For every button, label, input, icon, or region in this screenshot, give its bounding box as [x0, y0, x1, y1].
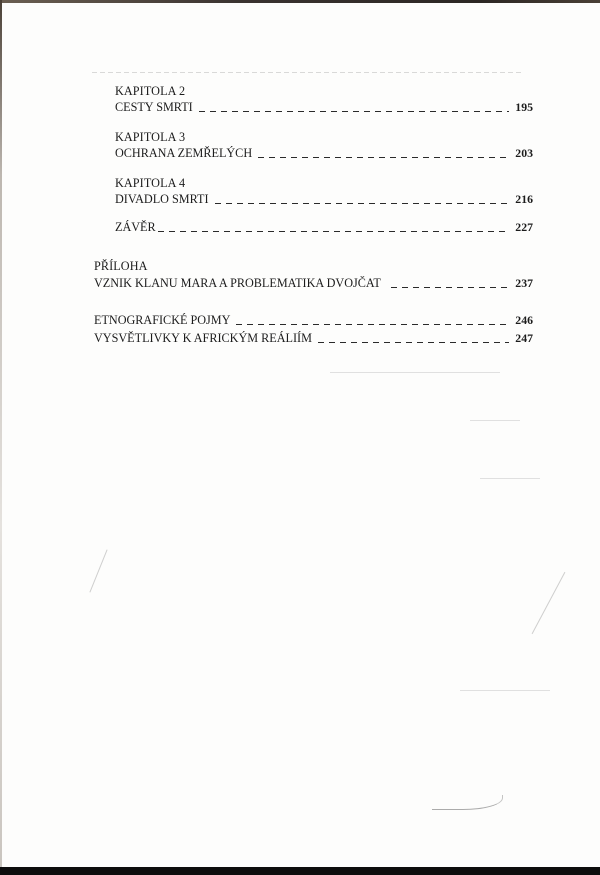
page-top-edge	[0, 0, 600, 3]
toc-entry-title: DIVADLO SMRTI	[115, 192, 209, 207]
scan-artifact-curve	[432, 795, 503, 810]
toc-entry-title: OCHRANA ZEMŘELÝCH	[115, 146, 252, 161]
dotted-leader	[258, 157, 509, 158]
appendix-label: PŘÍLOHA	[94, 259, 148, 274]
chapter-label: KAPITOLA 2	[115, 84, 185, 99]
show-through-mark	[470, 420, 520, 421]
toc-entry-page: 195	[515, 100, 533, 115]
toc-entry-page: 216	[515, 192, 533, 207]
toc-entry[interactable]: ETNOGRAFICKÉ POJMY 246	[94, 313, 533, 329]
toc-entry[interactable]: VYSVĚTLIVKY K AFRICKÝM REÁLIÍM 247	[94, 331, 533, 347]
toc-entry-page: 246	[515, 313, 533, 328]
show-through-text-line	[92, 72, 522, 73]
scan-artifact-stroke	[89, 549, 107, 592]
toc-entry[interactable]: ZÁVĚR 227	[115, 220, 533, 236]
dotted-leader	[199, 111, 510, 112]
toc-entry-title: CESTY SMRTI	[115, 100, 193, 115]
dotted-leader	[215, 203, 510, 204]
toc-entry[interactable]: DIVADLO SMRTI 216	[115, 192, 533, 208]
dotted-leader	[391, 287, 510, 288]
toc-entry-title: VZNIK KLANU MARA A PROBLEMATIKA DVOJČAT	[94, 276, 381, 291]
toc-entry[interactable]: OCHRANA ZEMŘELÝCH 203	[115, 146, 533, 162]
chapter-label: KAPITOLA 4	[115, 176, 185, 191]
toc-entry-title: ZÁVĚR	[115, 220, 156, 235]
toc-entry-page: 237	[515, 276, 533, 291]
toc-entry-appendix[interactable]: VZNIK KLANU MARA A PROBLEMATIKA DVOJČAT …	[94, 276, 533, 292]
scan-artifact-stroke	[532, 572, 566, 634]
toc-entry-page: 227	[515, 220, 533, 235]
dotted-leader	[236, 324, 509, 325]
toc-entry-page: 203	[515, 146, 533, 161]
page-left-edge	[0, 0, 2, 875]
show-through-mark	[330, 372, 500, 373]
chapter-label: KAPITOLA 3	[115, 130, 185, 145]
toc-entry-title: ETNOGRAFICKÉ POJMY	[94, 313, 230, 328]
page-bottom-edge	[0, 867, 600, 875]
dotted-leader	[318, 342, 509, 343]
toc-entry[interactable]: CESTY SMRTI 195	[115, 100, 533, 116]
toc-entry-page: 247	[515, 331, 533, 346]
show-through-mark	[480, 478, 540, 479]
toc-entry-title: VYSVĚTLIVKY K AFRICKÝM REÁLIÍM	[94, 331, 312, 346]
show-through-mark	[460, 690, 550, 691]
dotted-leader	[158, 231, 510, 232]
